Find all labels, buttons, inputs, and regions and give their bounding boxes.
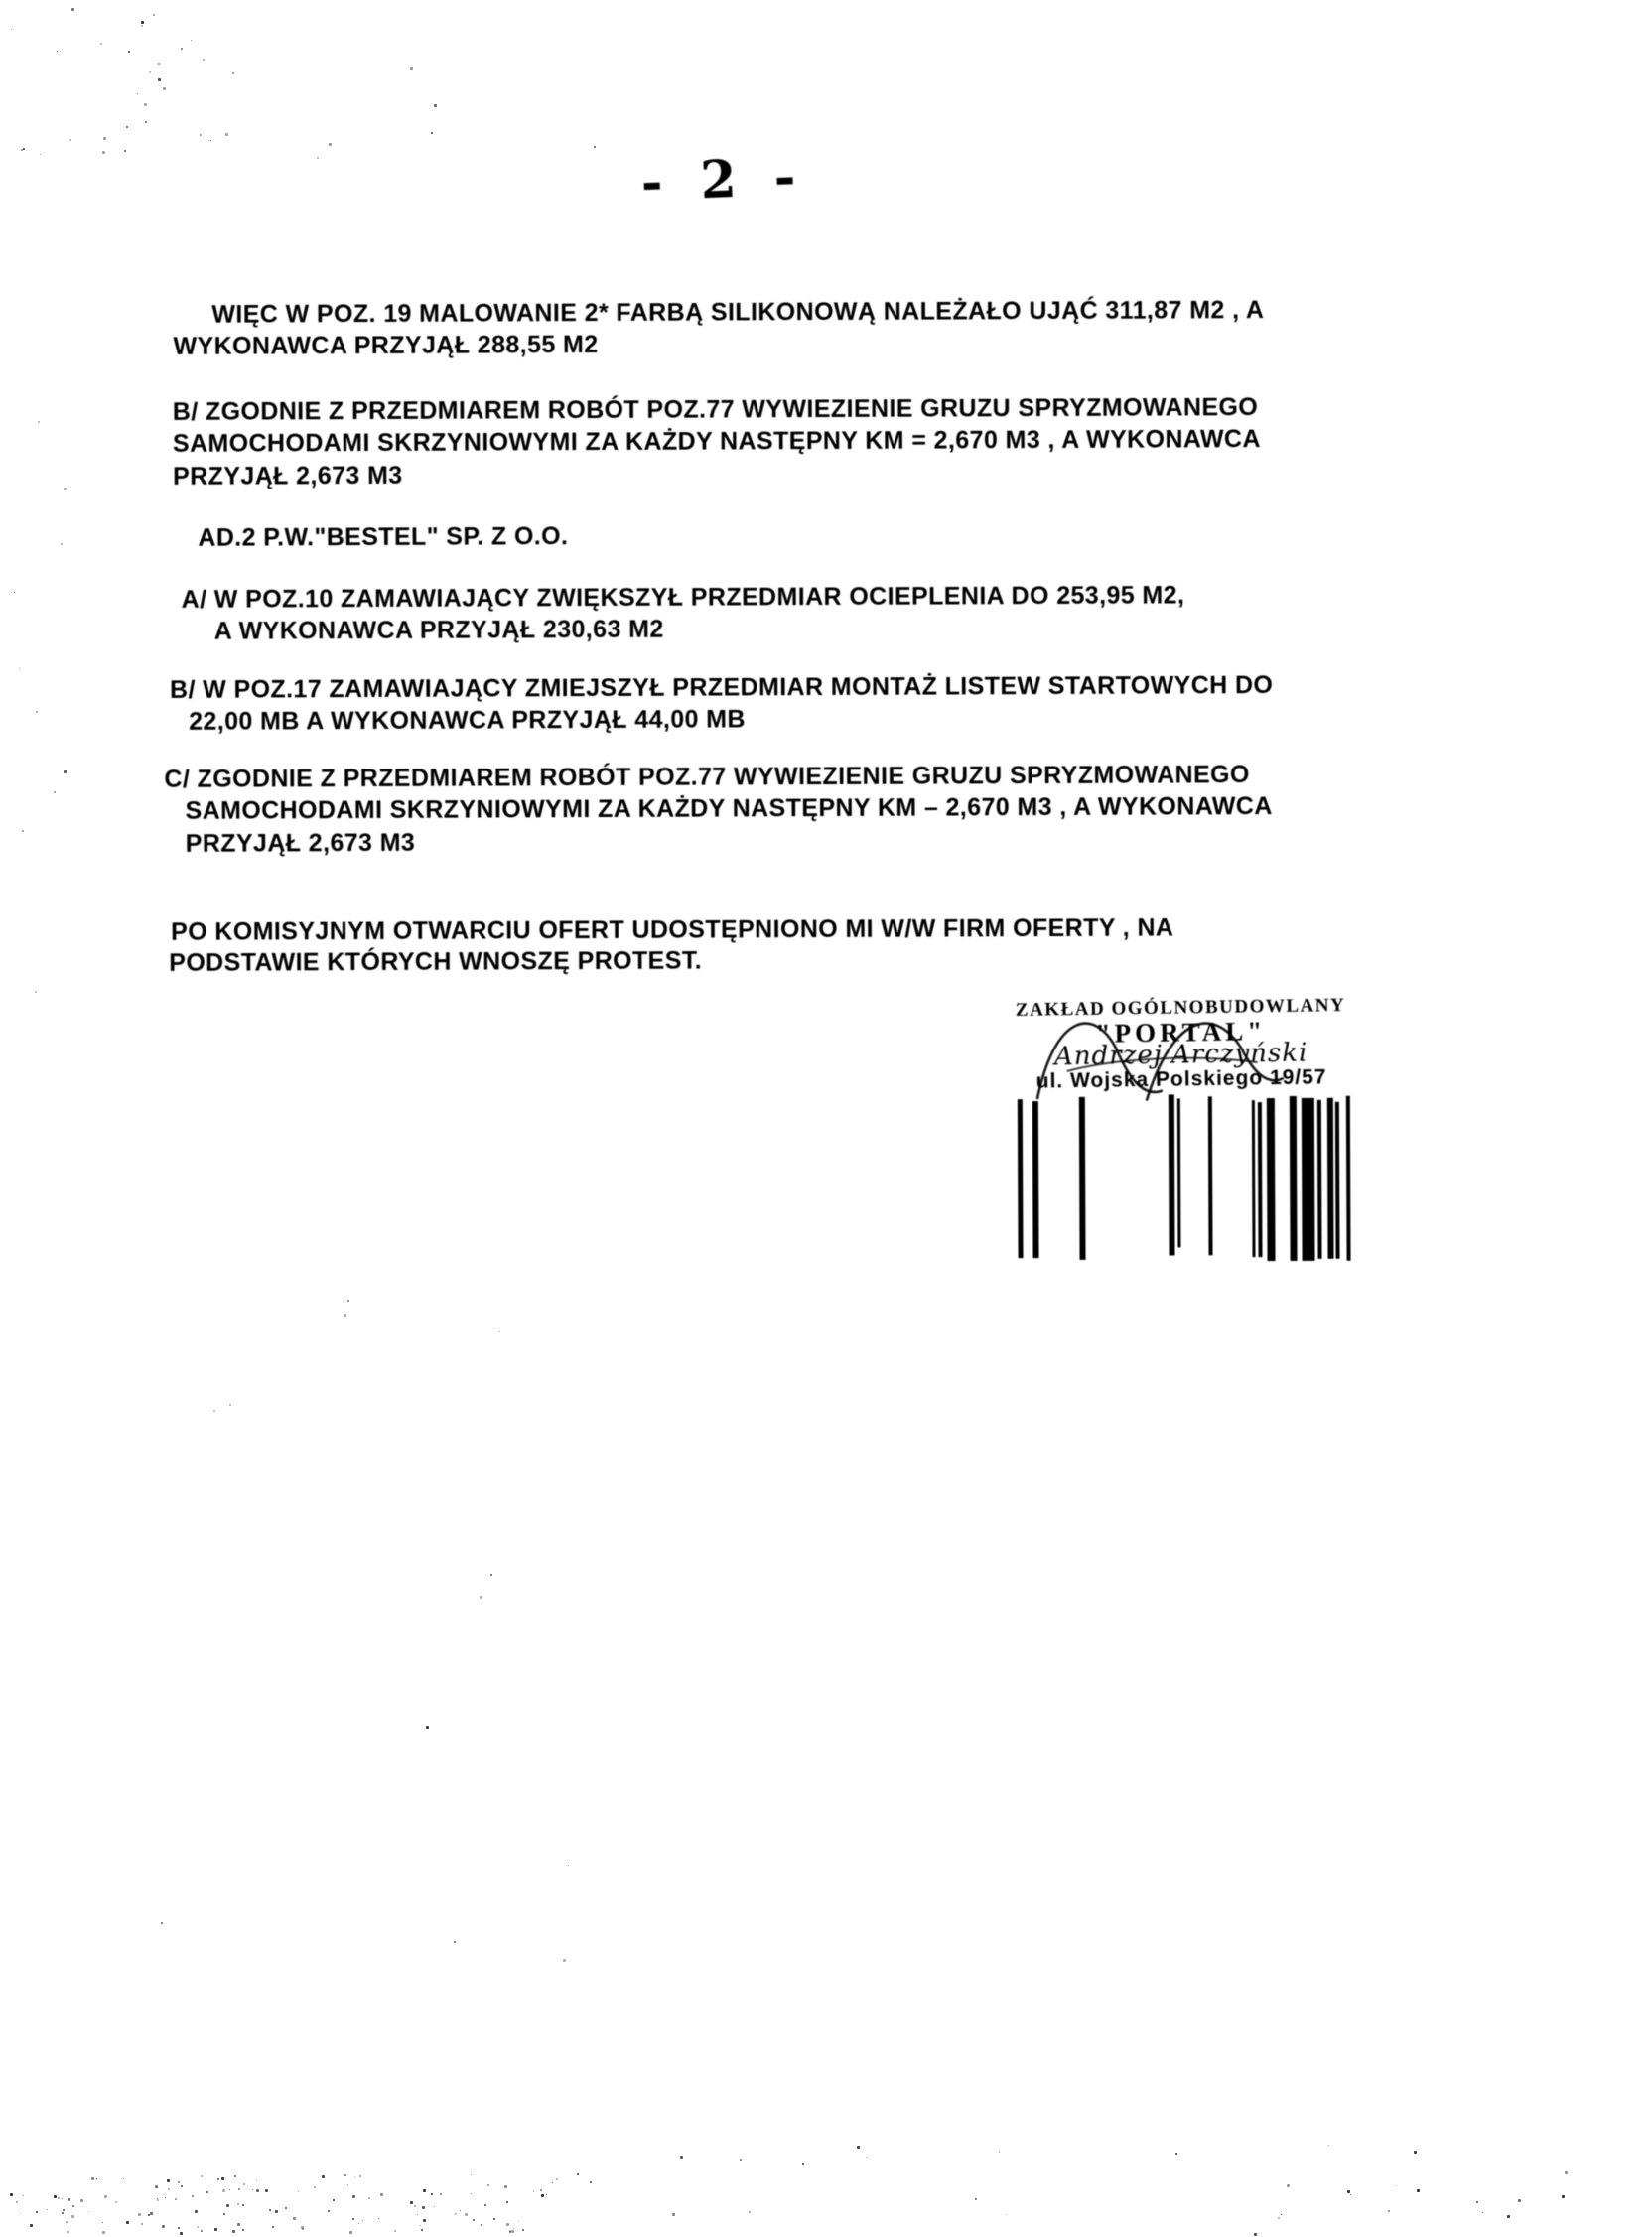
printed-content-layer: - 2 - WIĘC W POZ. 19 MALOWANIE 2* FARBĄ … [0,0,1652,2237]
text-line: PRZYJĄŁ 2,673 M3 [186,829,416,859]
text-line: A/ W POZ.10 ZAMAWIAJĄCY ZWIĘKSZYŁ PRZEDM… [182,581,1185,614]
text-line: WIĘC W POZ. 19 MALOWANIE 2* FARBĄ SILIKO… [211,296,1264,330]
text-line: C/ ZGODNIE Z PRZEDMIAREM ROBÓT POZ.77 WY… [164,761,1249,794]
text-line: A WYKONAWCA PRZYJĄŁ 230,63 M2 [214,616,664,646]
text-line: 22,00 MB A WYKONAWCA PRZYJĄŁ 44,00 MB [189,705,746,736]
text-line: SAMOCHODAMI SKRZYNIOWYMI ZA KAŻDY NASTĘP… [185,792,1272,826]
text-line: WYKONAWCA PRZYJĄŁ 288,55 M2 [173,331,598,361]
text-line-ad2-heading: AD.2 P.W."BESTEL" SP. Z O.O. [198,522,568,553]
scanned-document-page: - 2 - WIĘC W POZ. 19 MALOWANIE 2* FARBĄ … [0,0,1652,2237]
text-line: PO KOMISYJNYM OTWARCIU OFERT UDOSTĘPNION… [171,913,1173,946]
text-line: PRZYJĄŁ 2,673 M3 [173,462,403,491]
text-line: PODSTAWIE KTÓRYCH WNOSZĘ PROTEST. [169,947,702,978]
text-line: B/ ZGODNIE Z PRZEDMIAREM ROBÓT POZ.77 WY… [173,393,1258,427]
text-line: SAMOCHODAMI SKRZYNIOWYMI ZA KAŻDY NASTĘP… [173,425,1261,459]
page-number: - 2 - [640,146,807,212]
signature-strokes [0,0,1652,4]
text-line: B/ W POZ.17 ZAMAWIAJĄCY ZMIEJSZYŁ PRZEDM… [170,671,1273,705]
